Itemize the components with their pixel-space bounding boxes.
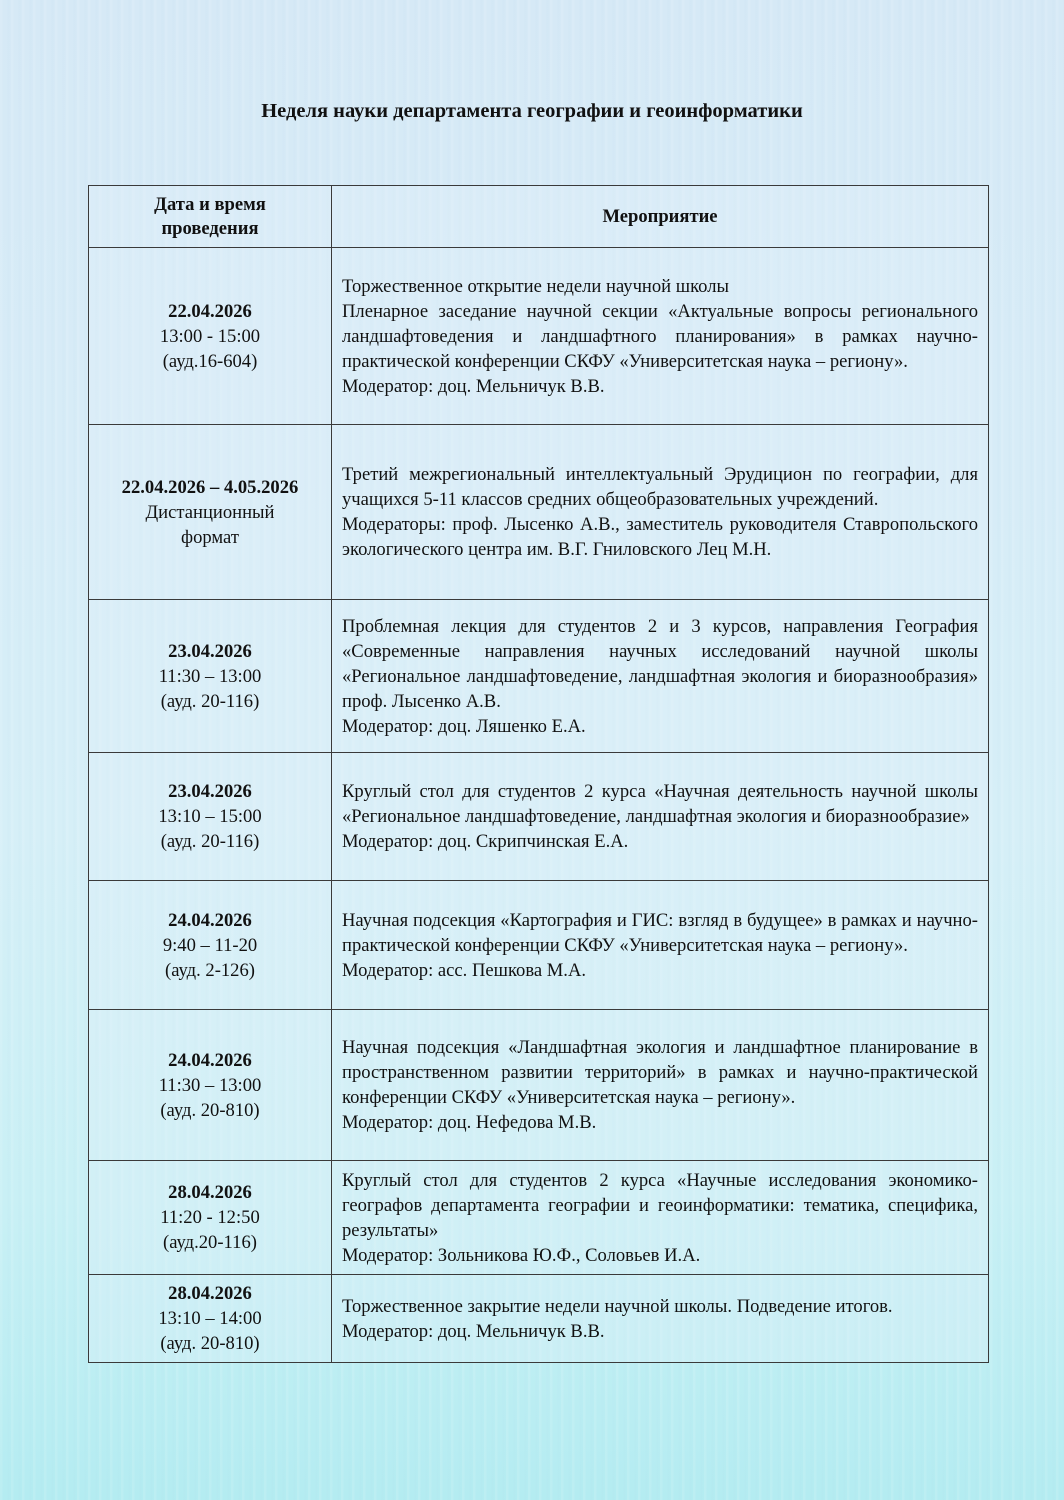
event-room: (ауд.16-604) — [95, 349, 325, 374]
event-room: (ауд. 20-810) — [95, 1098, 325, 1123]
event-date: 23.04.2026 — [95, 779, 325, 804]
event-format: формат — [95, 525, 325, 550]
event-room: (ауд.20-116) — [95, 1230, 325, 1255]
event-time: 13:10 – 14:00 — [95, 1306, 325, 1331]
table-row: 28.04.2026 13:10 – 14:00 (ауд. 20-810) Т… — [89, 1275, 989, 1363]
event-cell: Научная подсекция «Ландшафтная экология … — [332, 1010, 989, 1161]
header-date-line: Дата и время — [154, 194, 266, 215]
event-time: 11:30 – 13:00 — [95, 664, 325, 689]
event-room: (ауд. 2-126) — [95, 958, 325, 983]
table-row: 24.04.2026 9:40 – 11-20 (ауд. 2-126) Нау… — [89, 881, 989, 1010]
event-cell: Проблемная лекция для студентов 2 и 3 ку… — [332, 600, 989, 753]
event-cell: Круглый стол для студентов 2 курса «Науч… — [332, 753, 989, 881]
date-cell: 22.04.2026 – 4.05.2026 Дистанционный фор… — [89, 425, 332, 600]
schedule-table: Дата и время проведения Мероприятие 22.0… — [88, 185, 989, 1363]
header-event: Мероприятие — [332, 186, 989, 248]
event-description: Круглый стол для студентов 2 курса «Науч… — [342, 1168, 978, 1243]
table-row: 24.04.2026 11:30 – 13:00 (ауд. 20-810) Н… — [89, 1010, 989, 1161]
event-moderator: Модератор: асс. Пешкова М.А. — [342, 958, 978, 983]
header-date-time: Дата и время проведения — [89, 186, 332, 248]
event-date: 24.04.2026 — [95, 1048, 325, 1073]
event-time: 11:20 - 12:50 — [95, 1205, 325, 1230]
event-description: Круглый стол для студентов 2 курса «Науч… — [342, 779, 978, 829]
event-time: 13:10 – 15:00 — [95, 804, 325, 829]
event-room: (ауд. 20-810) — [95, 1331, 325, 1356]
table-header-row: Дата и время проведения Мероприятие — [89, 186, 989, 248]
date-cell: 24.04.2026 11:30 – 13:00 (ауд. 20-810) — [89, 1010, 332, 1161]
date-cell: 28.04.2026 13:10 – 14:00 (ауд. 20-810) — [89, 1275, 332, 1363]
event-moderator: Модератор: доц. Мельничук В.В. — [342, 374, 978, 399]
event-time: 9:40 – 11-20 — [95, 933, 325, 958]
event-description: Торжественное закрытие недели научной шк… — [342, 1294, 978, 1319]
event-moderator: Модераторы: проф. Лысенко А.В., заместит… — [342, 512, 978, 562]
event-cell: Научная подсекция «Картография и ГИС: вз… — [332, 881, 989, 1010]
table-row: 23.04.2026 13:10 – 15:00 (ауд. 20-116) К… — [89, 753, 989, 881]
event-moderator: Модератор: доц. Мельничук В.В. — [342, 1319, 978, 1344]
date-cell: 22.04.2026 13:00 - 15:00 (ауд.16-604) — [89, 248, 332, 425]
event-description: Проблемная лекция для студентов 2 и 3 ку… — [342, 614, 978, 714]
event-moderator: Модератор: Зольникова Ю.Ф., Соловьев И.А… — [342, 1243, 978, 1268]
event-room: (ауд. 20-116) — [95, 829, 325, 854]
page-title: Неделя науки департамента географии и ге… — [0, 100, 1064, 123]
event-date: 28.04.2026 — [95, 1281, 325, 1306]
event-room: (ауд. 20-116) — [95, 689, 325, 714]
event-description: Научная подсекция «Ландшафтная экология … — [342, 1035, 978, 1110]
event-description: Пленарное заседание научной секции «Акту… — [342, 299, 978, 374]
header-date-line: проведения — [161, 218, 258, 239]
date-cell: 24.04.2026 9:40 – 11-20 (ауд. 2-126) — [89, 881, 332, 1010]
event-time: 11:30 – 13:00 — [95, 1073, 325, 1098]
event-cell: Торжественное закрытие недели научной шк… — [332, 1275, 989, 1363]
event-cell: Третий межрегиональный интеллектуальный … — [332, 425, 989, 600]
event-date: 23.04.2026 — [95, 639, 325, 664]
event-description: Третий межрегиональный интеллектуальный … — [342, 462, 978, 512]
event-date: 24.04.2026 — [95, 908, 325, 933]
date-cell: 23.04.2026 11:30 – 13:00 (ауд. 20-116) — [89, 600, 332, 753]
table-row: 22.04.2026 – 4.05.2026 Дистанционный фор… — [89, 425, 989, 600]
event-date: 22.04.2026 — [95, 299, 325, 324]
table-row: 28.04.2026 11:20 - 12:50 (ауд.20-116) Кр… — [89, 1161, 989, 1275]
event-cell: Торжественное открытие недели научной шк… — [332, 248, 989, 425]
table-row: 22.04.2026 13:00 - 15:00 (ауд.16-604) То… — [89, 248, 989, 425]
event-moderator: Модератор: доц. Скрипчинская Е.А. — [342, 829, 978, 854]
event-date: 22.04.2026 – 4.05.2026 — [95, 475, 325, 500]
event-moderator: Модератор: доц. Ляшенко Е.А. — [342, 714, 978, 739]
event-description: Научная подсекция «Картография и ГИС: вз… — [342, 908, 978, 958]
table-row: 23.04.2026 11:30 – 13:00 (ауд. 20-116) П… — [89, 600, 989, 753]
event-cell: Круглый стол для студентов 2 курса «Науч… — [332, 1161, 989, 1275]
date-cell: 28.04.2026 11:20 - 12:50 (ауд.20-116) — [89, 1161, 332, 1275]
event-title: Торжественное открытие недели научной шк… — [342, 274, 978, 299]
event-time: 13:00 - 15:00 — [95, 324, 325, 349]
date-cell: 23.04.2026 13:10 – 15:00 (ауд. 20-116) — [89, 753, 332, 881]
event-date: 28.04.2026 — [95, 1180, 325, 1205]
event-moderator: Модератор: доц. Нефедова М.В. — [342, 1110, 978, 1135]
event-format: Дистанционный — [95, 500, 325, 525]
